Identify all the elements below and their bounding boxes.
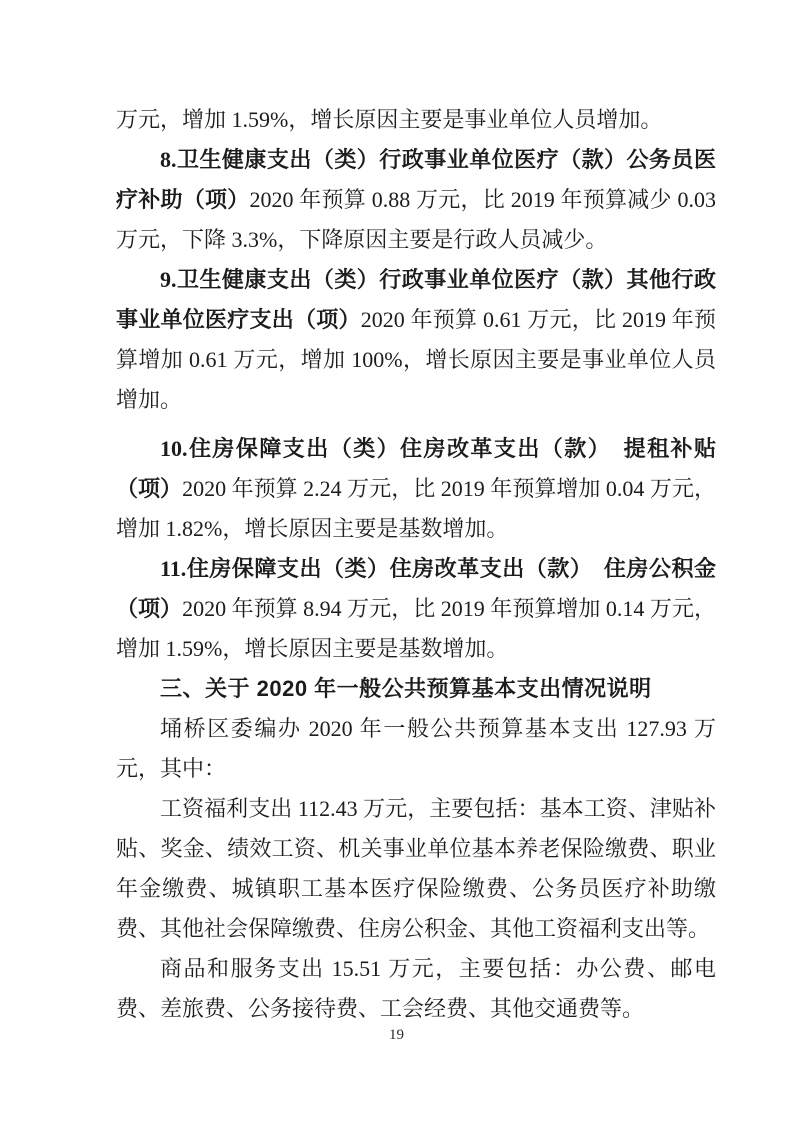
item10-body-text: 2020 年预算 2.24 万元，比 2019 年预算增加 0.04 万元，增加… (116, 476, 716, 541)
page-number: 19 (0, 1023, 793, 1047)
section-three-heading: 三、关于 2020 年一般公共预算基本支出情况说明 (116, 669, 716, 709)
paragraph-item10: 10.住房保障支出（类）住房改革支出（款） 提租补贴（项）2020 年预算 2.… (116, 429, 716, 549)
item7-continuation-text: 万元，增加 1.59%，增长原因主要是事业单位人员增加。 (116, 107, 662, 132)
paragraph-item9: 9.卫生健康支出（类）行政事业单位医疗（款）其他行政事业单位医疗支出（项）202… (116, 260, 716, 420)
paragraph-item7-continuation: 万元，增加 1.59%，增长原因主要是事业单位人员增加。 (116, 100, 716, 140)
paragraph-goods-services-expenditure: 商品和服务支出 15.51 万元，主要包括：办公费、邮电费、差旅费、公务接待费、… (116, 949, 716, 1029)
paragraph-salary-welfare-expenditure: 工资福利支出 112.43 万元，主要包括：基本工资、津贴补贴、奖金、绩效工资、… (116, 789, 716, 949)
paragraph-basic-expenditure-total: 埇桥区委编办 2020 年一般公共预算基本支出 127.93 万元，其中： (116, 709, 716, 789)
item11-body-text: 2020 年预算 8.94 万元，比 2019 年预算增加 0.14 万元，增加… (116, 596, 716, 661)
paragraph-item11: 11.住房保障支出（类）住房改革支出（款） 住房公积金（项）2020 年预算 8… (116, 549, 716, 669)
document-page: 万元，增加 1.59%，增长原因主要是事业单位人员增加。 8.卫生健康支出（类）… (0, 0, 793, 1122)
page-content: 万元，增加 1.59%，增长原因主要是事业单位人员增加。 8.卫生健康支出（类）… (116, 100, 716, 1029)
paragraph-item8: 8.卫生健康支出（类）行政事业单位医疗（款）公务员医疗补助（项）2020 年预算… (116, 140, 716, 260)
